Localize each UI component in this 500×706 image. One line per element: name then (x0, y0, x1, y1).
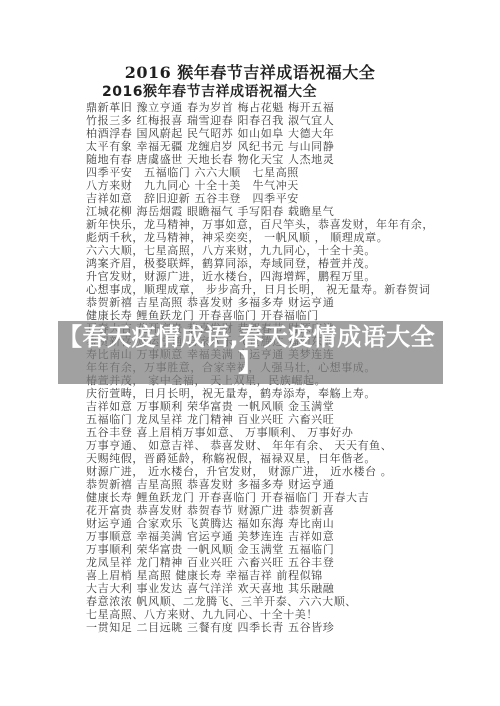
body-line: 喜上眉梢 星高照 健康长寿 幸福吉祥 前程似锦 (86, 569, 466, 582)
body-line: 鸿案齐眉，极婺联辉，鹤算同添，寿域同登，椿萱并茂。 (86, 257, 466, 270)
section-heading: 2016猴年春节吉祥成语祝福大全 (102, 84, 317, 101)
body-line: 健康长寿 鲤鱼跃龙门 开春喜临门 开春福临门 开春大吉 (86, 491, 466, 504)
body-line: 恭贺新禧 吉星高照 恭喜发财 多福多寿 财运亨通 (86, 296, 466, 309)
overlay-headline: 【春天疫情成语,春天疫情成语大全 】 (58, 324, 443, 376)
body-line: 彪炳千秋，龙马精神，神采奕奕， 一帆风顺 ， 顺理成章。 (86, 231, 466, 244)
overlay-headline-line1: 【春天疫情成语,春天疫情成语大全 (58, 324, 443, 350)
body-line: 新年快乐，龙马精神，万事如意，百尺竿头，恭喜发财，年年有余， (86, 218, 466, 231)
body-line: 万事顺意 幸福美满 官运亨通 美梦连连 吉祥如意 (86, 530, 466, 543)
body-line: 大吉大利 事业发达 喜气洋洋 欢天喜地 其乐融融 (86, 582, 466, 595)
body-line: 柏酒浮春 国风蔚起 民气昭苏 如山如阜 大德大年 (86, 127, 466, 140)
document-page: 2016 猴年春节吉祥成语祝福大全 2016猴年春节吉祥成语祝福大全 鼎新革旧 … (0, 0, 500, 706)
body-line: 财源广进， 近水楼台，升官发财， 财源广进， 近水楼台 。 (86, 465, 466, 478)
body-line: 恭贺新禧 吉星高照 恭喜发财 多福多寿 财运亨通 (86, 478, 466, 491)
body-line: 春意浓浓 帆风顺、二龙腾飞、三羊开泰、六六大顺、 (86, 595, 466, 608)
body-line: 六六大顺，七星高照，八方来财，九九同心，十全十美。 (86, 244, 466, 257)
body-line: 竹报三多 红梅报喜 瑞雪迎春 阳春召我 淑气宜人 (86, 114, 466, 127)
body-line: 五谷丰登 喜上眉梢万事如意、 万事顺利、 万事好办 (86, 426, 466, 439)
body-line: 太平有象 幸福无疆 龙缠启岁 风纪书元 与山同静 (86, 140, 466, 153)
body-line: 鼎新革旧 豫立亨通 春为岁首 梅占花魁 梅开五福 (86, 101, 466, 114)
body-line: 财运亨通 合家欢乐 飞黄腾达 福如东海 寿比南山 (86, 517, 466, 530)
body-line: 天赐纯假，晋爵延龄，称觞祝假，福禄双星，日年偕老。 (86, 452, 466, 465)
body-line: 万事亨通、 如意吉祥、 恭喜发财、 年年有余、 天天有鱼、 (86, 439, 466, 452)
body-line: 万事顺利 荣华富贵 一帆风顺 金玉满堂 五福临门 (86, 543, 466, 556)
body-line: 一贯知足 二目远眺 三餐有度 四季长青 五谷皆珍 (86, 621, 466, 634)
body-line: 随地有春 唐虞盛世 天地长春 物化天宝 人杰地灵 (86, 153, 466, 166)
body-line: 四季平安 五福临门 六六大顺 七星高照 (86, 166, 466, 179)
body-line: 五福临门 龙凤呈祥 龙门精神 百业兴旺 六畜兴旺 (86, 413, 466, 426)
body-line: 七星高照、八方来财、九九同心、十全十美！ (86, 608, 466, 621)
body-line: 八方来财 九九同心 十全十美 牛气冲天 (86, 179, 466, 192)
overlay-headline-line2: 】 (58, 350, 443, 376)
body-line: 花开富贵 恭喜发财 恭贺春节 财源广进 恭贺新喜 (86, 504, 466, 517)
body-line: 心想事成，顺理成章， 步步高升，日月长明， 祝无量寿。新春贺词 (86, 283, 466, 296)
page-title: 2016 猴年春节吉祥成语祝福大全 (0, 63, 500, 82)
body-line: 吉祥如意 辞旧迎新 五谷丰登 四季平安 (86, 192, 466, 205)
body-line: 江城花柳 海岳烟霞 眼瞻福气 手写阳春 载瞻星气 (86, 205, 466, 218)
body-line: 吉祥如意 万事顺利 荣华富贵 一帆风顺 金玉满堂 (86, 400, 466, 413)
body-line: 升官发财，财源广进，近水楼台，四海增辉，鹏程万里。 (86, 270, 466, 283)
body-line: 庆衍萱畴，日月长明，祝无量寿，鹤寿添寿，奉觞上寿。 (86, 387, 466, 400)
body-line: 龙凤呈祥 龙门精神 百业兴旺 六畜兴旺 五谷丰登 (86, 556, 466, 569)
